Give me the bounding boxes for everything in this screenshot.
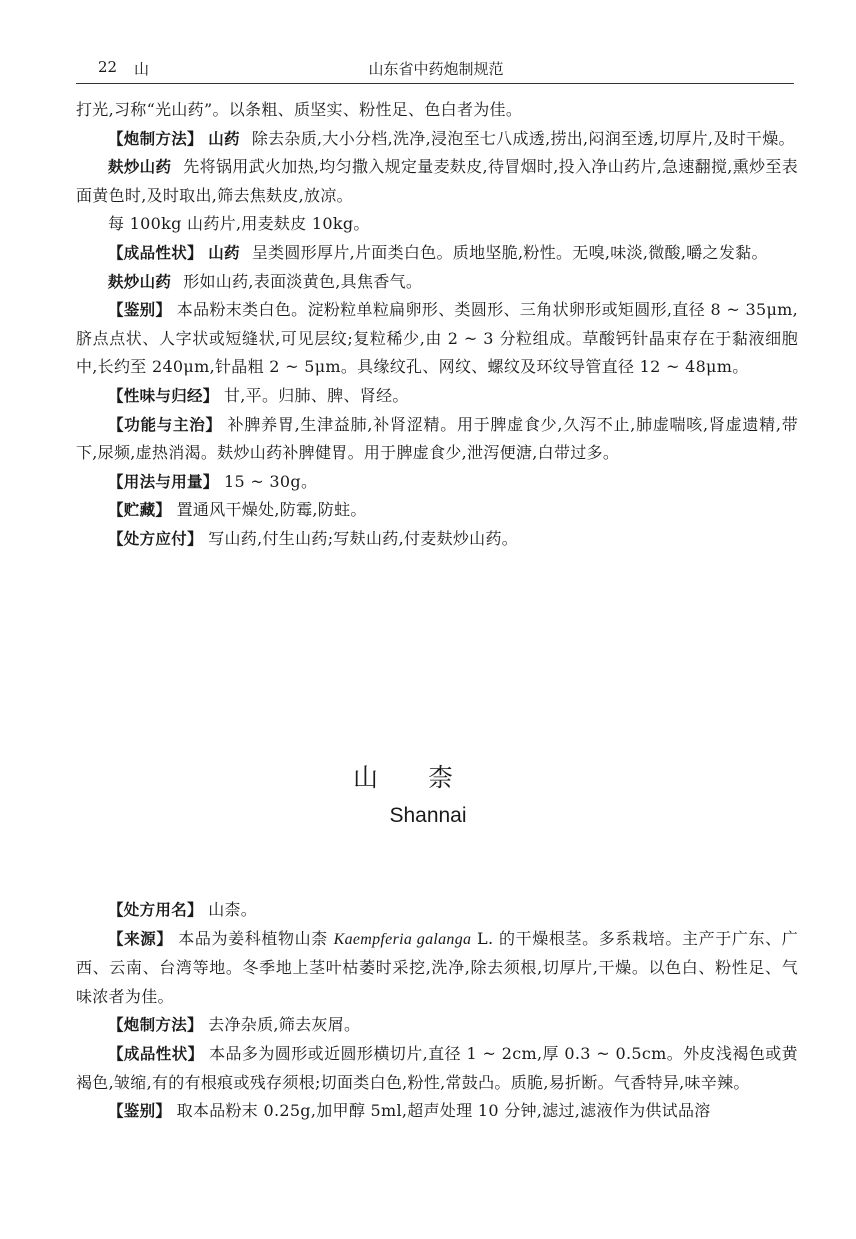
sub-label: 山药 xyxy=(208,130,240,148)
paragraph-text: 去净杂质,筛去灰屑。 xyxy=(208,1015,360,1034)
section-label: 【炮制方法】 xyxy=(108,1016,203,1034)
xingzhuang-paragraph: 【成品性状】 本品多为圆形或近圆形横切片,直径 1 ~ 2cm,厚 0.3 ~ … xyxy=(76,1040,798,1097)
shanyao-entry-continued: 打光,习称“光山药”。以条粗、质坚实、粉性足、色白者为佳。 【炮制方法】 山药除… xyxy=(76,96,798,554)
section-label: 【贮藏】 xyxy=(108,501,171,519)
paragraph-text: 呈类圆形厚片,片面类白色。质地坚脆,粉性。无嗅,味淡,微酸,嚼之发黏。 xyxy=(252,243,768,262)
section-label: 【鉴别】 xyxy=(108,301,171,319)
latin-name: Kaempferia galanga xyxy=(334,931,472,948)
section-label: 【成品性状】 xyxy=(108,244,203,262)
laiyuan-paragraph: 【来源】 本品为姜科植物山柰 Kaempferia galanga L. 的干燥… xyxy=(76,925,798,1012)
sub-label: 麸炒山药 xyxy=(108,158,171,176)
section-label: 【功能与主治】 xyxy=(108,416,222,434)
book-title: 山东省中药炮制规范 xyxy=(76,58,796,79)
sub-label: 山药 xyxy=(208,244,240,262)
paragraph-text: 置通风干燥处,防霉,防蛀。 xyxy=(177,500,367,519)
continued-text: 打光,习称“光山药”。以条粗、质坚实、粉性足、色白者为佳。 xyxy=(76,96,798,125)
paragraph-text: 先将锅用武火加热,均匀撒入规定量麦麸皮,待冒烟时,投入净山药片,急速翻搅,熏炒至… xyxy=(76,157,798,205)
fuchao-paragraph: 麸炒山药先将锅用武火加热,均匀撒入规定量麦麸皮,待冒烟时,投入净山药片,急速翻搅… xyxy=(76,153,798,210)
section-label: 【来源】 xyxy=(108,930,173,948)
paozhi-paragraph: 【炮制方法】 山药除去杂质,大小分档,洗净,浸泡至七八成透,捞出,闷润至透,切厚… xyxy=(76,125,798,154)
jianbie-paragraph: 【鉴别】 本品粉末类白色。淀粉粒单粒扁卵形、类圆形、三角状卵形或矩圆形,直径 8… xyxy=(76,296,798,382)
section-label: 【处方用名】 xyxy=(108,901,203,919)
yongming-paragraph: 【处方用名】 山柰。 xyxy=(76,896,798,925)
paozhi-paragraph: 【炮制方法】 去净杂质,筛去灰屑。 xyxy=(76,1011,798,1040)
shannai-entry: 【处方用名】 山柰。 【来源】 本品为姜科植物山柰 Kaempferia gal… xyxy=(76,896,798,1126)
paragraph-text: 山柰。 xyxy=(208,900,257,919)
paragraph-text: 本品粉末类白色。淀粉粒单粒扁卵形、类圆形、三角状卵形或矩圆形,直径 8 ~ 35… xyxy=(76,300,798,376)
sub-label: 麸炒山药 xyxy=(108,273,171,291)
section-label: 【炮制方法】 xyxy=(108,130,203,148)
paragraph-text: 形如山药,表面淡黄色,具焦香气。 xyxy=(183,272,422,291)
paragraph-text: 甘,平。归肺、脾、肾经。 xyxy=(224,386,409,405)
xingzhuang-fuchao-paragraph: 麸炒山药形如山药,表面淡黄色,具焦香气。 xyxy=(76,268,798,297)
paragraph-text: 本品为姜科植物山柰 xyxy=(178,929,328,948)
xingzhuang-paragraph: 【成品性状】 山药呈类圆形厚片,片面类白色。质地坚脆,粉性。无嗅,味淡,微酸,嚼… xyxy=(76,239,798,268)
section-label: 【性味与归经】 xyxy=(108,387,219,405)
section-label: 【用法与用量】 xyxy=(108,473,219,491)
paragraph-text: 除去杂质,大小分档,洗净,浸泡至七八成透,捞出,闷润至透,切厚片,及时干燥。 xyxy=(252,129,795,148)
yongfa-paragraph: 【用法与用量】 15 ~ 30g。 xyxy=(76,468,798,497)
ratio-paragraph: 每 100kg 山药片,用麦麸皮 10kg。 xyxy=(76,210,798,239)
paragraph-text: 写山药,付生山药;写麸山药,付麦麸炒山药。 xyxy=(208,529,518,548)
entry-pinyin: Shannai xyxy=(0,804,856,828)
chufang-paragraph: 【处方应付】 写山药,付生山药;写麸山药,付麦麸炒山药。 xyxy=(76,525,798,554)
paragraph-text: 15 ~ 30g。 xyxy=(224,472,317,491)
jianbie-paragraph: 【鉴别】 取本品粉末 0.25g,加甲醇 5ml,超声处理 10 分钟,滤过,滤… xyxy=(76,1097,798,1126)
paragraph-text: 取本品粉末 0.25g,加甲醇 5ml,超声处理 10 分钟,滤过,滤液作为供试… xyxy=(177,1101,711,1120)
gongneng-paragraph: 【功能与主治】 补脾养胃,生津益肺,补肾涩精。用于脾虚食少,久泻不止,肺虚喘咳,… xyxy=(76,411,798,468)
xingwei-paragraph: 【性味与归经】 甘,平。归肺、脾、肾经。 xyxy=(76,382,798,411)
section-label: 【成品性状】 xyxy=(108,1045,204,1063)
entry-title: 山柰 xyxy=(0,758,856,794)
section-label: 【鉴别】 xyxy=(108,1102,171,1120)
running-header: 22 山 山东省中药炮制规范 xyxy=(76,56,796,82)
zhucang-paragraph: 【贮藏】 置通风干燥处,防霉,防蛀。 xyxy=(76,496,798,525)
header-rule xyxy=(76,83,794,84)
section-label: 【处方应付】 xyxy=(108,530,203,548)
